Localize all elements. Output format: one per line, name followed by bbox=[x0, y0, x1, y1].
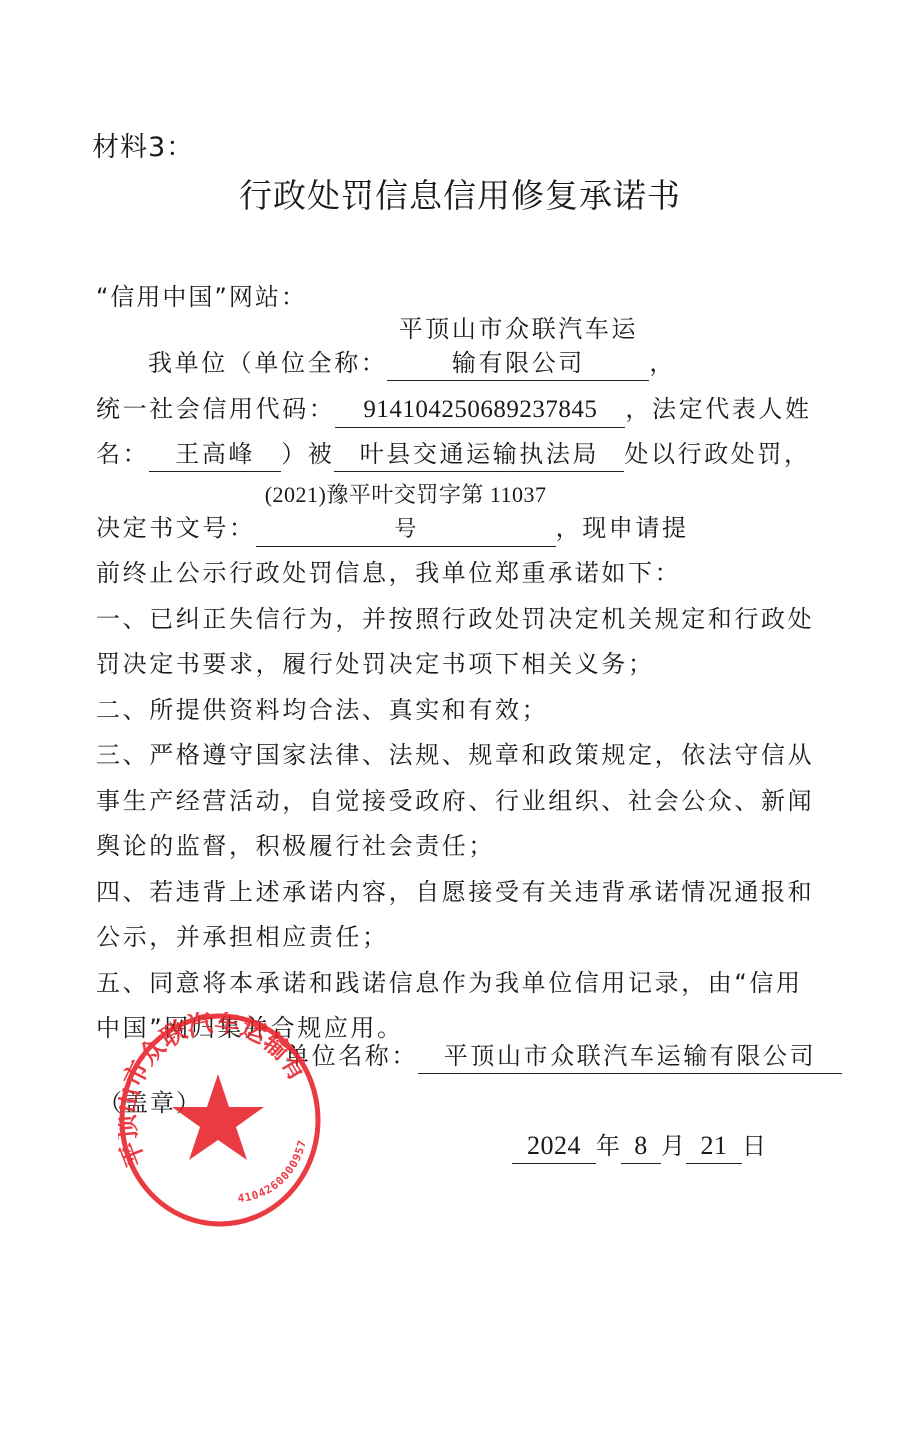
intro-line-1: 我单位（单位全称：平顶山市众联汽车运输有限公司， bbox=[96, 312, 826, 387]
intro-line-3: 名：王高峰）被叶县交通运输执法局处以行政处罚， bbox=[96, 432, 826, 478]
date-year: 2024 bbox=[512, 1129, 596, 1164]
signature-unit-row: 单位名称：平顶山市众联汽车运输有限公司 bbox=[285, 1036, 842, 1074]
date-month: 8 bbox=[621, 1129, 661, 1164]
date-day: 21 bbox=[686, 1129, 742, 1164]
decision-number-field: (2021)豫平叶交罚字第 11037 号 bbox=[256, 478, 556, 547]
star-icon bbox=[172, 1074, 264, 1160]
credit-code-field: 914104250689237845 bbox=[335, 393, 625, 428]
document-title: 行政处罚信息信用修复承诺书 bbox=[0, 170, 900, 217]
unit-name-field: 平顶山市众联汽车运输有限公司 bbox=[418, 1039, 842, 1074]
seal-code-text: 4104260000957 bbox=[237, 1138, 309, 1205]
company-seal: 平顶山市众联汽车运输有限公司 4104260000957 bbox=[118, 1012, 324, 1228]
intro-line-4: 决定书文号：(2021)豫平叶交罚字第 11037 号，现申请提 bbox=[96, 478, 826, 552]
material-label: 材料3： bbox=[92, 125, 194, 164]
commitment-3: 三、严格遵守国家法律、法规、规章和政策规定，依法守信从事生产经营活动，自觉接受政… bbox=[96, 733, 826, 870]
intro-line-2: 统一社会信用代码：914104250689237845，法定代表人姓 bbox=[96, 387, 826, 433]
salutation: “信用中国”网站： bbox=[96, 277, 307, 312]
authority-field: 叶县交通运输执法局 bbox=[334, 437, 624, 472]
company-name-field: 平顶山市众联汽车运输有限公司 bbox=[387, 312, 649, 381]
signature-date: 2024年8月21日 bbox=[512, 1126, 767, 1164]
commitment-4: 四、若违背上述承诺内容，自愿接受有关违背承诺情况通报和公示，并承担相应责任； bbox=[96, 870, 826, 961]
intro-line-5: 前终止公示行政处罚信息，我单位郑重承诺如下： bbox=[96, 551, 826, 597]
commitment-1: 一、已纠正失信行为，并按照行政处罚决定机关规定和行政处罚决定书要求，履行处罚决定… bbox=[96, 597, 826, 688]
commitment-2: 二、所提供资料均合法、真实和有效； bbox=[96, 688, 826, 734]
document-body: 我单位（单位全称：平顶山市众联汽车运输有限公司， 统一社会信用代码：914104… bbox=[96, 312, 826, 1052]
legal-rep-field: 王高峰 bbox=[149, 437, 281, 472]
